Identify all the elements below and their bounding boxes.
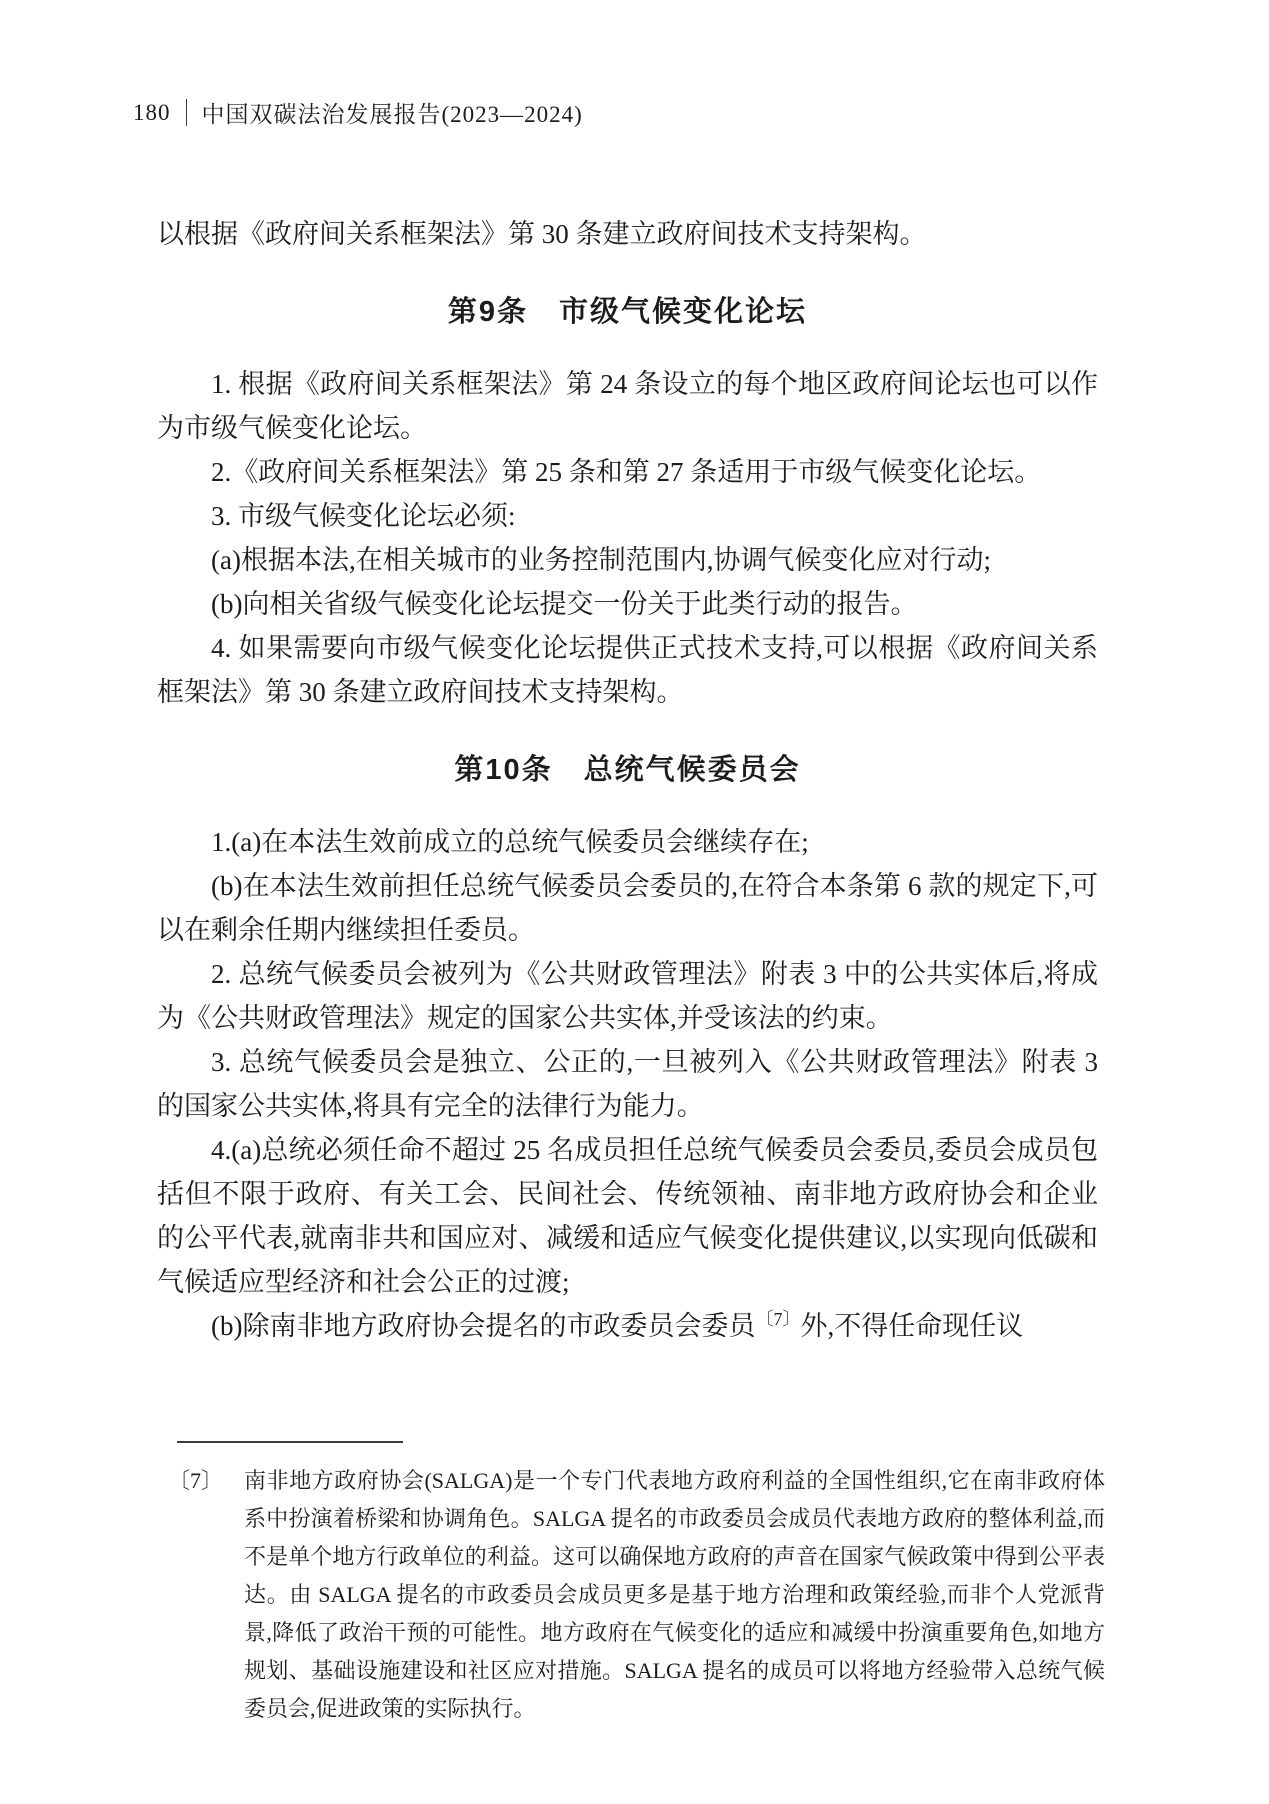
section10-paragraph: (b)在本法生效前担任总统气候委员会委员的,在符合本条第 6 款的规定下,可以在… xyxy=(157,864,1098,952)
section9-paragraph: 2.《政府间关系框架法》第 25 条和第 27 条适用于市级气候变化论坛。 xyxy=(157,450,1098,494)
footnote-marker: 〔7〕 xyxy=(168,1462,223,1500)
section10-paragraph: 4.(a)总统必须任命不超过 25 名成员担任总统气候委员会委员,委员会成员包括… xyxy=(157,1128,1098,1304)
section10-paragraph: 3. 总统气候委员会是独立、公正的,一旦被列入《公共财政管理法》附表 3 的国家… xyxy=(157,1040,1098,1128)
section10-paragraph: 2. 总统气候委员会被列为《公共财政管理法》附表 3 中的公共实体后,将成为《公… xyxy=(157,952,1098,1040)
paragraph-text-after-ref: 外,不得任命现任议 xyxy=(800,1311,1023,1341)
page-number: 180 xyxy=(133,100,171,126)
section9-paragraph: (b)向相关省级气候变化论坛提交一份关于此类行动的报告。 xyxy=(157,582,1098,626)
section10-paragraph-with-footnote: (b)除南非地方政府协会提名的市政委员会委员〔7〕外,不得任命现任议 xyxy=(157,1304,1098,1348)
section9-heading: 第9条 市级气候变化论坛 xyxy=(157,290,1098,334)
section9-paragraph: 3. 市级气候变化论坛必须: xyxy=(157,494,1098,538)
book-page: 180 中国双碳法治发展报告(2023—2024) 以根据《政府间关系框架法》第… xyxy=(0,0,1269,1804)
header-divider xyxy=(186,99,187,126)
section9-paragraph: 4. 如果需要向市级气候变化论坛提供正式技术支持,可以根据《政府间关系框架法》第… xyxy=(157,626,1098,714)
footnote-separator-rule xyxy=(177,1441,403,1443)
section9-paragraph: 1. 根据《政府间关系框架法》第 24 条设立的每个地区政府间论坛也可以作为市级… xyxy=(157,362,1098,450)
body-text-column: 以根据《政府间关系框架法》第 30 条建立政府间技术支持架构。 第9条 市级气候… xyxy=(157,212,1098,1348)
section10-heading: 第10条 总统气候委员会 xyxy=(157,748,1098,792)
lead-paragraph: 以根据《政府间关系框架法》第 30 条建立政府间技术支持架构。 xyxy=(157,212,1098,256)
running-header: 180 中国双碳法治发展报告(2023—2024) xyxy=(133,96,583,129)
paragraph-text-before-ref: (b)除南非地方政府协会提名的市政委员会委员 xyxy=(211,1311,755,1341)
section10-paragraph: 1.(a)在本法生效前成立的总统气候委员会继续存在; xyxy=(157,820,1098,864)
footnote-text: 南非地方政府协会(SALGA)是一个专门代表地方政府利益的全国性组织,它在南非政… xyxy=(244,1462,1105,1728)
footnote-block: 〔7〕 南非地方政府协会(SALGA)是一个专门代表地方政府利益的全国性组织,它… xyxy=(168,1462,1105,1728)
section9-paragraph: (a)根据本法,在相关城市的业务控制范围内,协调气候变化应对行动; xyxy=(157,538,1098,582)
book-title: 中国双碳法治发展报告(2023—2024) xyxy=(202,96,583,129)
footnote-reference-mark: 〔7〕 xyxy=(755,1309,800,1329)
